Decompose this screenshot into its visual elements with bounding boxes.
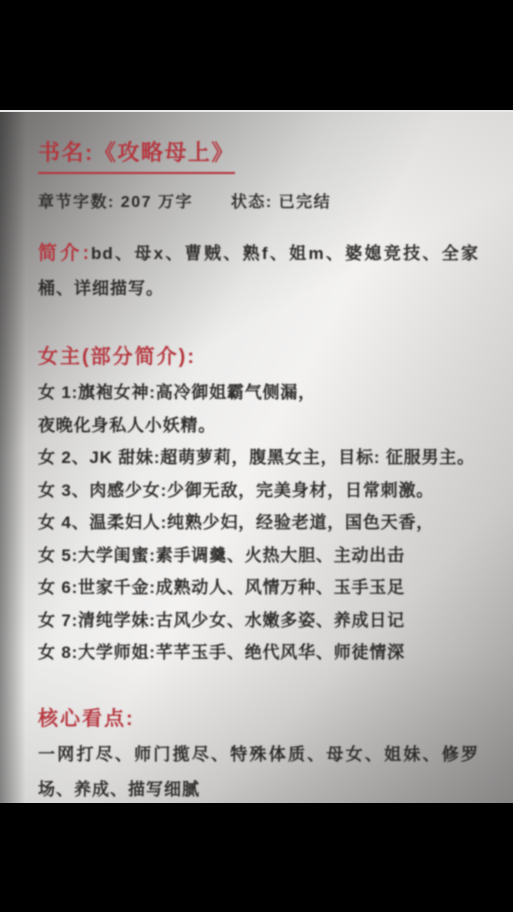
heroine-line: 女 7:清纯学妹:古风少女、水嫩多姿、养成日记: [38, 605, 479, 638]
heroines-heading: 女主(部分简介):: [38, 340, 479, 369]
book-title: 书名:《攻略母上》: [38, 136, 235, 174]
heroine-line: 女 3、肉感少女:少御无敌，完美身材，日常刺激。: [38, 475, 479, 508]
highlights-text: 一网打尽、师门揽尽、特殊体质、母女、姐妹、修罗场、养成、描写细腻: [38, 737, 479, 807]
chapters-value: 207 万字: [121, 194, 193, 211]
heroine-line: 女 5:大学闺蜜:素手调羹、火热大胆、主动出击: [38, 540, 479, 573]
heroine-line: 女 6:世家千金:成熟动人、风情万种、玉手玉足: [38, 572, 479, 605]
heroines-list: 女 1:旗袍女神:高冷御姐霸气侧漏， 夜晚化身私人小妖精。 女 2、JK 甜妹:…: [38, 377, 479, 670]
heroine-line: 女 8:大学师姐:芊芊玉手、绝代风华、师徒情深: [38, 637, 479, 670]
meta-line: 章节字数: 207 万字 状态: 已完结: [38, 189, 479, 212]
heroine-line: 女 4、温柔妇人:纯熟少妇，经验老道，国色天香，: [38, 507, 479, 540]
highlights-heading: 核心看点:: [38, 702, 479, 731]
letterbox-bottom: [0, 803, 513, 912]
document-content: 书名:《攻略母上》 章节字数: 207 万字 状态: 已完结 简介:bd、母x、…: [0, 112, 513, 805]
intro-paragraph: 简介:bd、母x、曹贼、熟f、姐m、婆媳竞技、全家桶、详细描写。: [38, 236, 479, 306]
chapters-label: 章节字数:: [38, 194, 115, 211]
document-photo: 书名:《攻略母上》 章节字数: 207 万字 状态: 已完结 简介:bd、母x、…: [0, 110, 513, 805]
intro-text: bd、母x、曹贼、熟f、姐m、婆媳竞技、全家桶、详细描写。: [38, 244, 479, 298]
screenshot-frame: 书名:《攻略母上》 章节字数: 207 万字 状态: 已完结 简介:bd、母x、…: [0, 0, 513, 912]
status-label: 状态:: [231, 194, 273, 211]
intro-heading: 简介:: [38, 243, 91, 264]
status-value: 已完结: [279, 194, 332, 211]
heroine-line: 女 1:旗袍女神:高冷御姐霸气侧漏，: [38, 377, 479, 410]
letterbox-top: [0, 0, 513, 110]
heroine-line: 女 2、JK 甜妹:超萌萝莉，腹黑女主，目标: 征服男主。: [38, 442, 479, 475]
heroine-line: 夜晚化身私人小妖精。: [38, 410, 479, 443]
